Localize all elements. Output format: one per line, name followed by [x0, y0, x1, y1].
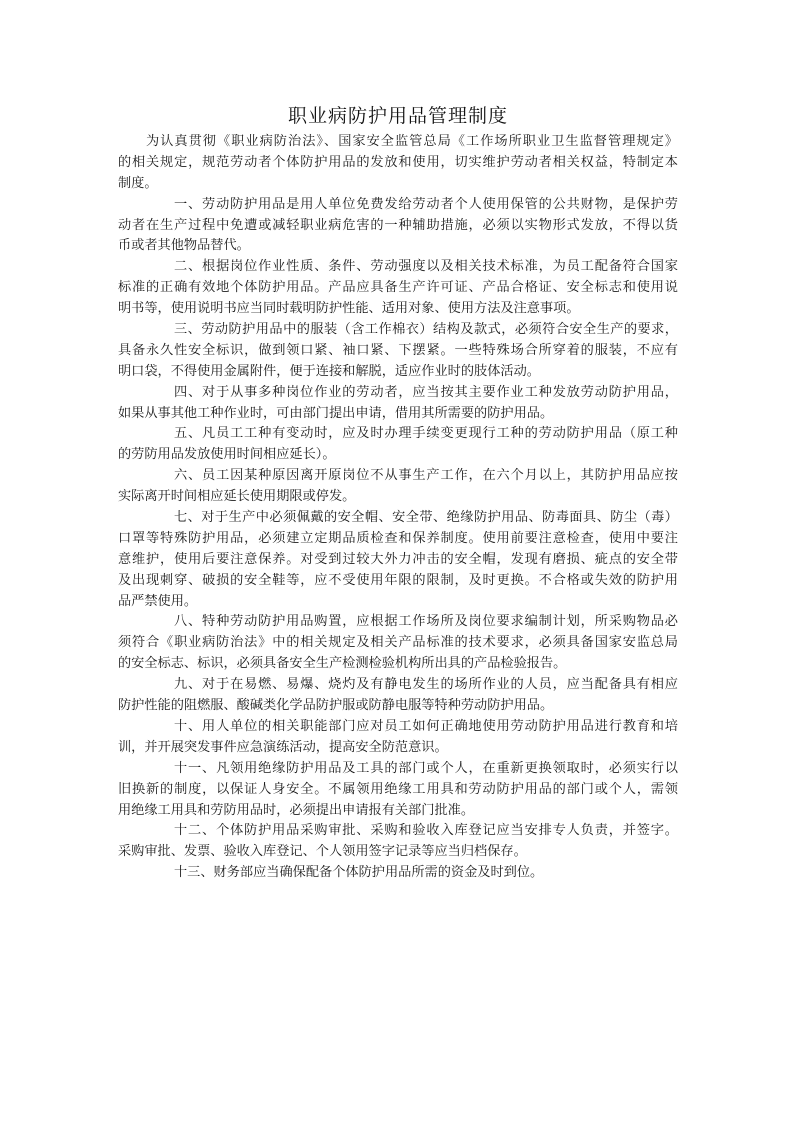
paragraph-line: 如果从事其他工种作业时，可由部门提出申请，借用其所需要的防护用品。: [118, 404, 678, 425]
paragraph-line: 四、对于从事多种岗位作业的劳动者，应当按其主要作业工种发放劳动防护用品，: [118, 383, 678, 404]
paragraph-line: 实际离开时间相应延长使用期限或停发。: [118, 487, 678, 508]
paragraph-line: 的安全标志、标识，必须具备安全生产检测检验机构所出具的产品检验报告。: [118, 654, 678, 675]
paragraph-item-5: 五、凡员工工种有变动时，应及时办理手续变更现行工种的劳动防护用品（原工种的劳防用…: [118, 424, 678, 466]
paragraph-line: 三、劳动防护用品中的服装（含工作棉衣）结构及款式，必须符合安全生产的要求，: [118, 320, 678, 341]
paragraph-item-7: 七、对于生产中必须佩戴的安全帽、安全带、绝缘防护用品、防毒面具、防尘（毒）口罩等…: [118, 508, 678, 612]
paragraph-line: 币或者其他物品替代。: [118, 236, 678, 257]
paragraph-line: 八、特种劳动防护用品购置，应根据工作场所及岗位要求编制计划，所采购物品必: [118, 612, 678, 633]
paragraph-item-13: 十三、财务部应当确保配备个体防护用品所需的资金及时到位。: [118, 863, 678, 884]
document-body: 为认真贯彻《职业病防治法》、国家安全监管总局《工作场所职业卫生监督管理规定》的相…: [118, 132, 678, 884]
paragraph-item-6: 六、员工因某种原因离开原岗位不从事生产工作，在六个月以上，其防护用品应按实际离开…: [118, 466, 678, 508]
paragraph-line: 的劳防用品发放使用时间相应延长）。: [118, 445, 678, 466]
paragraph-line: 十三、财务部应当确保配备个体防护用品所需的资金及时到位。: [118, 863, 678, 884]
paragraph-item-3: 三、劳动防护用品中的服装（含工作棉衣）结构及款式，必须符合安全生产的要求，具备永…: [118, 320, 678, 383]
paragraph-line: 二、根据岗位作业性质、条件、劳动强度以及相关技术标准，为员工配备符合国家: [118, 257, 678, 278]
paragraph-item-2: 二、根据岗位作业性质、条件、劳动强度以及相关技术标准，为员工配备符合国家标准的正…: [118, 257, 678, 320]
paragraph-line: 为认真贯彻《职业病防治法》、国家安全监管总局《工作场所职业卫生监督管理规定》: [118, 132, 678, 153]
document-title: 职业病防护用品管理制度: [118, 102, 678, 132]
paragraph-intro: 为认真贯彻《职业病防治法》、国家安全监管总局《工作场所职业卫生监督管理规定》的相…: [118, 132, 678, 195]
paragraph-line: 明口袋，不得使用金属附件，便于连接和解脱，适应作业时的肢体活动。: [118, 362, 678, 383]
paragraph-line: 采购审批、发票、验收入库登记、个人领用签字记录等应当归档保存。: [118, 842, 678, 863]
paragraph-line: 品严禁使用。: [118, 592, 678, 613]
paragraph-line: 标准的正确有效地个体防护用品。产品应具备生产许可证、产品合格证、安全标志和使用说: [118, 278, 678, 299]
paragraph-item-12: 十二、个体防护用品采购审批、采购和验收入库登记应当安排专人负责，并签字。采购审批…: [118, 821, 678, 863]
paragraph-line: 明书等，使用说明书应当同时载明防护性能、适用对象、使用方法及注意事项。: [118, 299, 678, 320]
paragraph-line: 须符合《职业病防治法》中的相关规定及相关产品标准的技术要求，必须具备国家安监总局: [118, 633, 678, 654]
paragraph-item-10: 十、用人单位的相关职能部门应对员工如何正确地使用劳动防护用品进行教育和培训，并开…: [118, 717, 678, 759]
paragraph-line: 九、对于在易燃、易爆、烧灼及有静电发生的场所作业的人员，应当配备具有相应: [118, 675, 678, 696]
paragraph-item-4: 四、对于从事多种岗位作业的劳动者，应当按其主要作业工种发放劳动防护用品，如果从事…: [118, 383, 678, 425]
paragraph-item-9: 九、对于在易燃、易爆、烧灼及有静电发生的场所作业的人员，应当配备具有相应防护性能…: [118, 675, 678, 717]
paragraph-line: 用绝缘工用具和劳防用品时，必须提出申请报有关部门批准。: [118, 801, 678, 822]
paragraph-line: 制度。: [118, 174, 678, 195]
paragraph-line: 六、员工因某种原因离开原岗位不从事生产工作，在六个月以上，其防护用品应按: [118, 466, 678, 487]
paragraph-line: 旧换新的制度，以保证人身安全。不属领用绝缘工用具和劳动防护用品的部门或个人，需领: [118, 780, 678, 801]
paragraph-line: 七、对于生产中必须佩戴的安全帽、安全带、绝缘防护用品、防毒面具、防尘（毒）: [118, 508, 678, 529]
paragraph-line: 五、凡员工工种有变动时，应及时办理手续变更现行工种的劳动防护用品（原工种: [118, 424, 678, 445]
paragraph-line: 意维护，使用后要注意保养。对受到过较大外力冲击的安全帽，发现有磨损、疵点的安全带: [118, 550, 678, 571]
paragraph-line: 及出现刺穿、破损的安全鞋等，应不受使用年限的限制，及时更换。不合格或失效的防护用: [118, 571, 678, 592]
paragraph-line: 十二、个体防护用品采购审批、采购和验收入库登记应当安排专人负责，并签字。: [118, 821, 678, 842]
paragraph-line: 动者在生产过程中免遭或减轻职业病危害的一种辅助措施，必须以实物形式发放，不得以货: [118, 216, 678, 237]
paragraph-line: 具备永久性安全标识，做到领口紧、袖口紧、下摆紧。一些特殊场合所穿着的服装，不应有: [118, 341, 678, 362]
paragraph-line: 的相关规定，规范劳动者个体防护用品的发放和使用，切实维护劳动者相关权益，特制定本: [118, 153, 678, 174]
paragraph-item-8: 八、特种劳动防护用品购置，应根据工作场所及岗位要求编制计划，所采购物品必须符合《…: [118, 612, 678, 675]
paragraph-line: 训，并开展突发事件应急演练活动，提高安全防范意识。: [118, 738, 678, 759]
paragraph-line: 一、劳动防护用品是用人单位免费发给劳动者个人使用保管的公共财物，是保护劳: [118, 195, 678, 216]
paragraph-line: 十一、凡领用绝缘防护用品及工具的部门或个人，在重新更换领取时，必须实行以: [118, 759, 678, 780]
paragraph-item-11: 十一、凡领用绝缘防护用品及工具的部门或个人，在重新更换领取时，必须实行以旧换新的…: [118, 759, 678, 822]
paragraph-item-1: 一、劳动防护用品是用人单位免费发给劳动者个人使用保管的公共财物，是保护劳动者在生…: [118, 195, 678, 258]
paragraph-line: 防护性能的阻燃服、酸碱类化学品防护服或防静电服等特种劳动防护用品。: [118, 696, 678, 717]
paragraph-line: 十、用人单位的相关职能部门应对员工如何正确地使用劳动防护用品进行教育和培: [118, 717, 678, 738]
paragraph-line: 口罩等特殊防护用品，必须建立定期品质检查和保养制度。使用前要注意检查，使用中要注: [118, 529, 678, 550]
document-page: 职业病防护用品管理制度 为认真贯彻《职业病防治法》、国家安全监管总局《工作场所职…: [118, 102, 678, 884]
